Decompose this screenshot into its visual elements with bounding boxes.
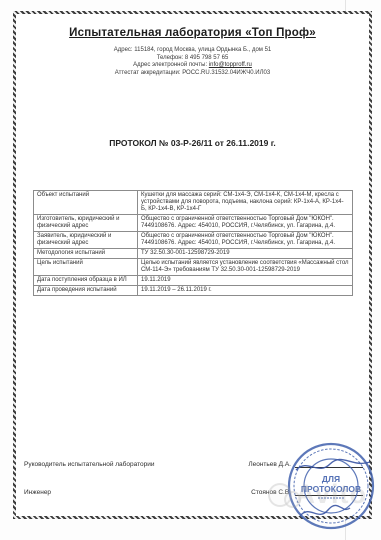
table-row: Цель испытаний Целью испытаний является …	[34, 259, 353, 276]
row-value: Кушетки для массажа серий: СМ-1х4-Э, СМ-…	[138, 191, 353, 215]
document-page: Испытательная лаборатория «Топ Проф» Адр…	[13, 11, 372, 519]
email-label: Адрес электронной почты:	[133, 62, 207, 68]
row-label: Изготовитель, юридический и физический а…	[34, 215, 138, 232]
row-value: Общество с ограниченной ответственностью…	[138, 232, 353, 249]
table-row: Дата проведения испытаний 19.11.2019 – 2…	[34, 286, 353, 296]
table-row: Методология испытаний ТУ 32.50.30-001-12…	[34, 249, 353, 259]
avito-watermark: Avito	[268, 479, 368, 510]
email-link[interactable]: info@topproff.ru	[209, 62, 252, 68]
row-label: Дата проведения испытаний	[34, 286, 138, 296]
protocol-title: ПРОТОКОЛ № 03-Р-26/11 от 26.11.2019 г.	[16, 138, 369, 148]
row-value: 19.11.2019 – 26.11.2019 г.	[138, 286, 353, 296]
signature-name: Леонтьев Д.А.	[248, 461, 291, 468]
lab-title: Испытательная лаборатория «Топ Проф»	[16, 27, 369, 39]
lab-accreditation: Аттестат аккредитации: РОСС.RU.31532.04И…	[16, 70, 369, 78]
test-spec-table: Объект испытаний Кушетки для массажа сер…	[33, 190, 353, 296]
signature-role: Инженер	[24, 489, 51, 496]
table-row: Объект испытаний Кушетки для массажа сер…	[34, 191, 353, 215]
watermark-text: Avito	[296, 479, 368, 510]
row-value: Общество с ограниченной ответственностью…	[138, 215, 353, 232]
row-value: ТУ 32.50.30-001-12598729-2019	[138, 249, 353, 259]
lab-address: Адрес: 115184, город Москва, улица Ордын…	[16, 47, 369, 55]
lab-email-line: Адрес электронной почты: info@topproff.r…	[16, 62, 369, 70]
row-value: Целью испытаний является установление со…	[138, 259, 353, 276]
signature-row: Руководитель испытательной лаборатории Л…	[24, 461, 363, 468]
table-row: Заявитель, юридический и физический адре…	[34, 232, 353, 249]
row-label: Методология испытаний	[34, 249, 138, 259]
row-label: Объект испытаний	[34, 191, 138, 215]
row-label: Заявитель, юридический и физический адре…	[34, 232, 138, 249]
signature-role: Руководитель испытательной лаборатории	[24, 461, 154, 468]
table-row: Изготовитель, юридический и физический а…	[34, 215, 353, 232]
row-label: Дата поступления образца в ИЛ	[34, 276, 138, 286]
scanned-document: Испытательная лаборатория «Топ Проф» Адр…	[0, 0, 381, 540]
lab-phone: Телефон: 8 495 798 57 65	[16, 55, 369, 63]
row-value: 19.11.2019	[138, 276, 353, 286]
table-row: Дата поступления образца в ИЛ 19.11.2019	[34, 276, 353, 286]
signature-line	[295, 461, 363, 468]
row-label: Цель испытаний	[34, 259, 138, 276]
